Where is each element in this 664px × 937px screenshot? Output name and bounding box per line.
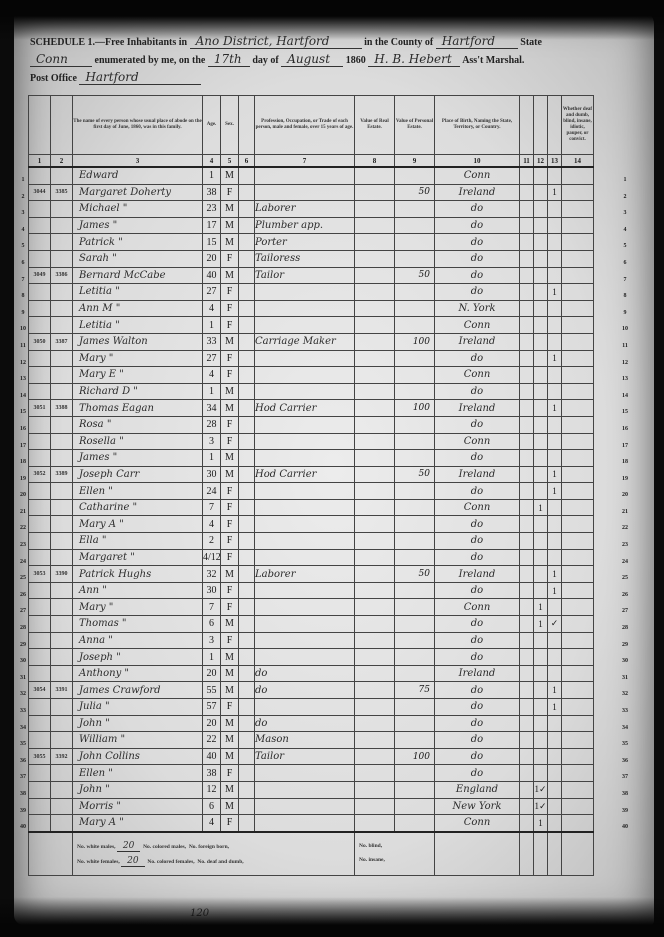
cannot-read-write (548, 201, 562, 218)
line-number: 18 (16, 454, 30, 471)
cannot-read-write (548, 234, 562, 251)
col-num: 4 (203, 155, 221, 168)
table-row: 30493386Bernard McCabe40MTailor50do (29, 267, 594, 284)
attended-school (534, 732, 548, 749)
line-number: 10 (16, 321, 30, 338)
sex: F (221, 499, 239, 516)
married-within-year (520, 217, 534, 234)
family-number: 3386 (51, 267, 73, 284)
col-num: 9 (395, 155, 435, 168)
dwelling-number: 3050 (29, 333, 51, 350)
real-estate-value (355, 649, 395, 666)
family-number (51, 582, 73, 599)
col-personal-estate-header: Value of Personal Estate. (395, 96, 435, 155)
personal-estate-value (395, 499, 435, 516)
real-estate-value (355, 665, 395, 682)
family-number (51, 765, 73, 782)
color (239, 483, 255, 500)
age: 6 (203, 798, 221, 815)
family-number (51, 632, 73, 649)
birthplace: New York (435, 798, 520, 815)
person-name: Ella " (73, 533, 203, 550)
personal-estate-value: 100 (395, 748, 435, 765)
birthplace: do (435, 699, 520, 716)
occupation (255, 781, 355, 798)
birthplace: do (435, 632, 520, 649)
real-estate-value (355, 333, 395, 350)
family-number (51, 317, 73, 334)
dwelling-number (29, 317, 51, 334)
table-row: John "20Mdodo (29, 715, 594, 732)
married-within-year (520, 433, 534, 450)
family-number (51, 665, 73, 682)
attended-school (534, 632, 548, 649)
dwelling-number (29, 765, 51, 782)
attended-school: 1✓ (534, 781, 548, 798)
col-num: 12 (534, 155, 548, 168)
disability (562, 632, 594, 649)
table-row: Richard D "1Mdo (29, 383, 594, 400)
dwelling-number (29, 699, 51, 716)
line-number: 2 (16, 189, 30, 206)
birthplace: Ireland (435, 566, 520, 583)
birthplace: Conn (435, 367, 520, 384)
age: 28 (203, 416, 221, 433)
disability (562, 267, 594, 284)
line-number: 17 (16, 438, 30, 455)
occupation (255, 649, 355, 666)
family-number (51, 167, 73, 184)
line-number: 27 (618, 603, 632, 620)
occupation (255, 416, 355, 433)
line-numbers-left: 1234567891011121314151617181920212223242… (16, 172, 30, 836)
married-within-year (520, 616, 534, 633)
color (239, 300, 255, 317)
birthplace: do (435, 284, 520, 301)
dwelling-number (29, 715, 51, 732)
attended-school (534, 267, 548, 284)
birthplace: do (435, 267, 520, 284)
attended-school: 1 (534, 616, 548, 633)
line-number: 30 (618, 653, 632, 670)
line-number: 5 (16, 238, 30, 255)
dwelling-number (29, 483, 51, 500)
personal-estate-value: 75 (395, 682, 435, 699)
disability (562, 815, 594, 832)
county-label: in the County of (364, 37, 433, 48)
col-married-header: Married within the year. (520, 96, 534, 155)
col-num: 1 (29, 155, 51, 168)
sex: M (221, 333, 239, 350)
cannot-read-write (548, 815, 562, 832)
personal-estate-value (395, 533, 435, 550)
col-num: 10 (435, 155, 520, 168)
family-number (51, 201, 73, 218)
birthplace: Conn (435, 317, 520, 334)
married-within-year (520, 798, 534, 815)
occupation: Tailor (255, 267, 355, 284)
person-name: Patrick " (73, 234, 203, 251)
attended-school (534, 483, 548, 500)
occupation (255, 582, 355, 599)
dwelling-number (29, 582, 51, 599)
color (239, 317, 255, 334)
family-number (51, 732, 73, 749)
line-number: 22 (618, 520, 632, 537)
person-name: Thomas " (73, 616, 203, 633)
person-name: Ann M " (73, 300, 203, 317)
line-number: 9 (618, 305, 632, 322)
occupation (255, 616, 355, 633)
col-birthplace-header: Place of Birth, Naming the State, Territ… (435, 96, 520, 155)
color (239, 549, 255, 566)
birthplace: do (435, 250, 520, 267)
age: 1 (203, 649, 221, 666)
age: 27 (203, 284, 221, 301)
cannot-read-write: 1 (548, 400, 562, 417)
real-estate-value (355, 616, 395, 633)
sex: M (221, 715, 239, 732)
disability (562, 317, 594, 334)
disability (562, 533, 594, 550)
age: 22 (203, 732, 221, 749)
cannot-read-write (548, 516, 562, 533)
line-number: 24 (618, 554, 632, 571)
totals-spacer (29, 832, 73, 876)
color (239, 699, 255, 716)
person-name: Letitia " (73, 317, 203, 334)
attended-school (534, 516, 548, 533)
attended-school (534, 317, 548, 334)
attended-school (534, 234, 548, 251)
line-number: 20 (618, 487, 632, 504)
table-row: 30553392John Collins40MTailor100do (29, 748, 594, 765)
birthplace: Ireland (435, 333, 520, 350)
color (239, 798, 255, 815)
person-name: Edward (73, 167, 203, 184)
sex: M (221, 217, 239, 234)
line-number: 40 (618, 819, 632, 836)
cannot-read-write (548, 781, 562, 798)
line-number: 23 (618, 537, 632, 554)
col-family-header: Families numbered in the order of visita… (51, 96, 73, 155)
attended-school (534, 748, 548, 765)
person-name: Patrick Hughs (73, 566, 203, 583)
line-number: 25 (618, 570, 632, 587)
table-row: Catharine "7FConn1 (29, 499, 594, 516)
married-within-year (520, 201, 534, 218)
family-number (51, 699, 73, 716)
color (239, 781, 255, 798)
sex: M (221, 201, 239, 218)
person-name: Letitia " (73, 284, 203, 301)
dwelling-number (29, 549, 51, 566)
disability (562, 234, 594, 251)
personal-estate-value (395, 732, 435, 749)
totals-14 (562, 832, 594, 876)
personal-estate-value (395, 599, 435, 616)
color (239, 665, 255, 682)
line-number: 10 (618, 321, 632, 338)
real-estate-value (355, 516, 395, 533)
line-number: 32 (16, 686, 30, 703)
dwelling-number (29, 284, 51, 301)
disability (562, 300, 594, 317)
personal-estate-value: 100 (395, 400, 435, 417)
table-row: Ann "30Fdo1 (29, 582, 594, 599)
attended-school: 1 (534, 815, 548, 832)
occupation (255, 300, 355, 317)
dwelling-number (29, 250, 51, 267)
family-number: 3385 (51, 184, 73, 201)
col-sex-header: Sex. (221, 96, 239, 155)
person-name: Mary E " (73, 367, 203, 384)
disability (562, 250, 594, 267)
birthplace: do (435, 201, 520, 218)
sex: F (221, 483, 239, 500)
column-header-row: Dwelling-houses—numbered in the order of… (29, 96, 594, 155)
dwelling-number (29, 416, 51, 433)
color (239, 383, 255, 400)
cannot-read-write: 1 (548, 284, 562, 301)
sex: F (221, 533, 239, 550)
birthplace: do (435, 383, 520, 400)
real-estate-value (355, 682, 395, 699)
age: 3 (203, 632, 221, 649)
cannot-read-write (548, 450, 562, 467)
cannot-read-write (548, 167, 562, 184)
disability (562, 416, 594, 433)
line-number: 19 (618, 471, 632, 488)
real-estate-value (355, 433, 395, 450)
post-office-label: Post Office (30, 73, 77, 84)
white-females-label: No. white females, (77, 859, 120, 865)
color (239, 400, 255, 417)
table-row: Anthony "20MdoIreland (29, 665, 594, 682)
occupation (255, 699, 355, 716)
birthplace: Ireland (435, 665, 520, 682)
age: 4 (203, 367, 221, 384)
line-number: 21 (618, 504, 632, 521)
age: 3 (203, 433, 221, 450)
dwelling-number (29, 599, 51, 616)
personal-estate-value (395, 317, 435, 334)
dwelling-number (29, 217, 51, 234)
personal-estate-value (395, 582, 435, 599)
married-within-year (520, 234, 534, 251)
sex: F (221, 815, 239, 832)
occupation (255, 516, 355, 533)
age: 32 (203, 566, 221, 583)
married-within-year (520, 300, 534, 317)
table-row: Mary A "4FConn1 (29, 815, 594, 832)
sex: F (221, 350, 239, 367)
white-females-value: 20 (121, 856, 144, 867)
sex: M (221, 466, 239, 483)
color (239, 682, 255, 699)
person-name: Ann " (73, 582, 203, 599)
person-name: Rosa " (73, 416, 203, 433)
person-name: Michael " (73, 201, 203, 218)
occupation (255, 317, 355, 334)
cannot-read-write (548, 748, 562, 765)
asst-marshal-label: Ass't Marshal. (462, 55, 524, 66)
married-within-year (520, 317, 534, 334)
disability (562, 333, 594, 350)
line-number: 8 (618, 288, 632, 305)
occupation: Porter (255, 234, 355, 251)
scan-border-bottom (0, 897, 664, 937)
person-name: Sarah " (73, 250, 203, 267)
person-name: Mary A " (73, 516, 203, 533)
disability (562, 433, 594, 450)
family-number (51, 599, 73, 616)
totals-block: No. white males, 20 No. colored males, N… (73, 832, 355, 876)
color (239, 367, 255, 384)
personal-estate-value (395, 715, 435, 732)
personal-estate-value (395, 798, 435, 815)
line-number: 31 (618, 670, 632, 687)
personal-estate-value (395, 632, 435, 649)
real-estate-value (355, 699, 395, 716)
dwelling-number: 3044 (29, 184, 51, 201)
family-number (51, 715, 73, 732)
occupation: Carriage Maker (255, 333, 355, 350)
cannot-read-write: 1 (548, 682, 562, 699)
dwelling-number (29, 367, 51, 384)
real-estate-value (355, 234, 395, 251)
col-num: 7 (255, 155, 355, 168)
attended-school (534, 284, 548, 301)
person-name: Joseph " (73, 649, 203, 666)
line-number: 32 (618, 686, 632, 703)
person-name: James Walton (73, 333, 203, 350)
sex: F (221, 549, 239, 566)
married-within-year (520, 250, 534, 267)
family-number (51, 798, 73, 815)
sex: M (221, 732, 239, 749)
person-name: Catharine " (73, 499, 203, 516)
col-color-header: Color, White, black, or mulatto. (239, 96, 255, 155)
family-number (51, 284, 73, 301)
color (239, 201, 255, 218)
age: 27 (203, 350, 221, 367)
post-office-line: Post Office Hartford (30, 70, 201, 85)
age: 30 (203, 582, 221, 599)
personal-estate-value (395, 516, 435, 533)
line-number: 13 (16, 371, 30, 388)
table-row: Margaret "4/12Fdo (29, 549, 594, 566)
line-number: 12 (618, 355, 632, 372)
disability (562, 284, 594, 301)
occupation (255, 433, 355, 450)
age: 4 (203, 516, 221, 533)
age: 4/12 (203, 549, 221, 566)
married-within-year (520, 699, 534, 716)
attended-school (534, 350, 548, 367)
disability (562, 400, 594, 417)
dwelling-number (29, 383, 51, 400)
family-number (51, 483, 73, 500)
day-of-label: day of (252, 55, 278, 66)
table-row: Anna "3Fdo (29, 632, 594, 649)
real-estate-value (355, 184, 395, 201)
sex: F (221, 433, 239, 450)
family-number (51, 300, 73, 317)
sex: F (221, 317, 239, 334)
cannot-read-write (548, 599, 562, 616)
cannot-read-write (548, 333, 562, 350)
personal-estate-value (395, 649, 435, 666)
attended-school: 1✓ (534, 798, 548, 815)
dwelling-number (29, 616, 51, 633)
real-estate-value (355, 317, 395, 334)
person-name: Julia " (73, 699, 203, 716)
family-number (51, 383, 73, 400)
disability (562, 516, 594, 533)
married-within-year (520, 167, 534, 184)
age: 12 (203, 781, 221, 798)
sex: M (221, 665, 239, 682)
married-within-year (520, 549, 534, 566)
person-name: Joseph Carr (73, 466, 203, 483)
totals-estate: No. blind, No. insane, (355, 832, 435, 876)
column-number-row: 1 2 3 4 5 6 7 8 9 10 11 12 13 14 (29, 155, 594, 168)
married-within-year (520, 715, 534, 732)
dwelling-number (29, 732, 51, 749)
occupation (255, 533, 355, 550)
line-number: 18 (618, 454, 632, 471)
line-number: 4 (618, 222, 632, 239)
disability (562, 167, 594, 184)
sex: M (221, 267, 239, 284)
family-number: 3388 (51, 400, 73, 417)
line-number: 30 (16, 653, 30, 670)
table-row: Ann M "4FN. York (29, 300, 594, 317)
line-number: 1 (16, 172, 30, 189)
married-within-year (520, 483, 534, 500)
table-row: Ella "2Fdo (29, 533, 594, 550)
line-number: 33 (16, 703, 30, 720)
deaf-dumb-label: No. deaf and dumb, (197, 859, 243, 865)
dwelling-number: 3054 (29, 682, 51, 699)
col-num: 13 (548, 155, 562, 168)
col-occupation-header: Profession, Occupation, or Trade of each… (255, 96, 355, 155)
age: 15 (203, 234, 221, 251)
col-dwelling-header: Dwelling-houses—numbered in the order of… (29, 96, 51, 155)
person-name: Richard D " (73, 383, 203, 400)
age: 1 (203, 317, 221, 334)
disability (562, 217, 594, 234)
real-estate-value (355, 732, 395, 749)
person-name: James Crawford (73, 682, 203, 699)
real-estate-value (355, 582, 395, 599)
birthplace: do (435, 582, 520, 599)
disability (562, 765, 594, 782)
occupation (255, 383, 355, 400)
attended-school (534, 665, 548, 682)
age: 38 (203, 765, 221, 782)
birthplace: do (435, 549, 520, 566)
line-number: 22 (16, 520, 30, 537)
birthplace: do (435, 748, 520, 765)
married-within-year (520, 533, 534, 550)
real-estate-value (355, 815, 395, 832)
cannot-read-write (548, 533, 562, 550)
line-number: 7 (16, 272, 30, 289)
totals-12 (534, 832, 548, 876)
person-name: Bernard McCabe (73, 267, 203, 284)
